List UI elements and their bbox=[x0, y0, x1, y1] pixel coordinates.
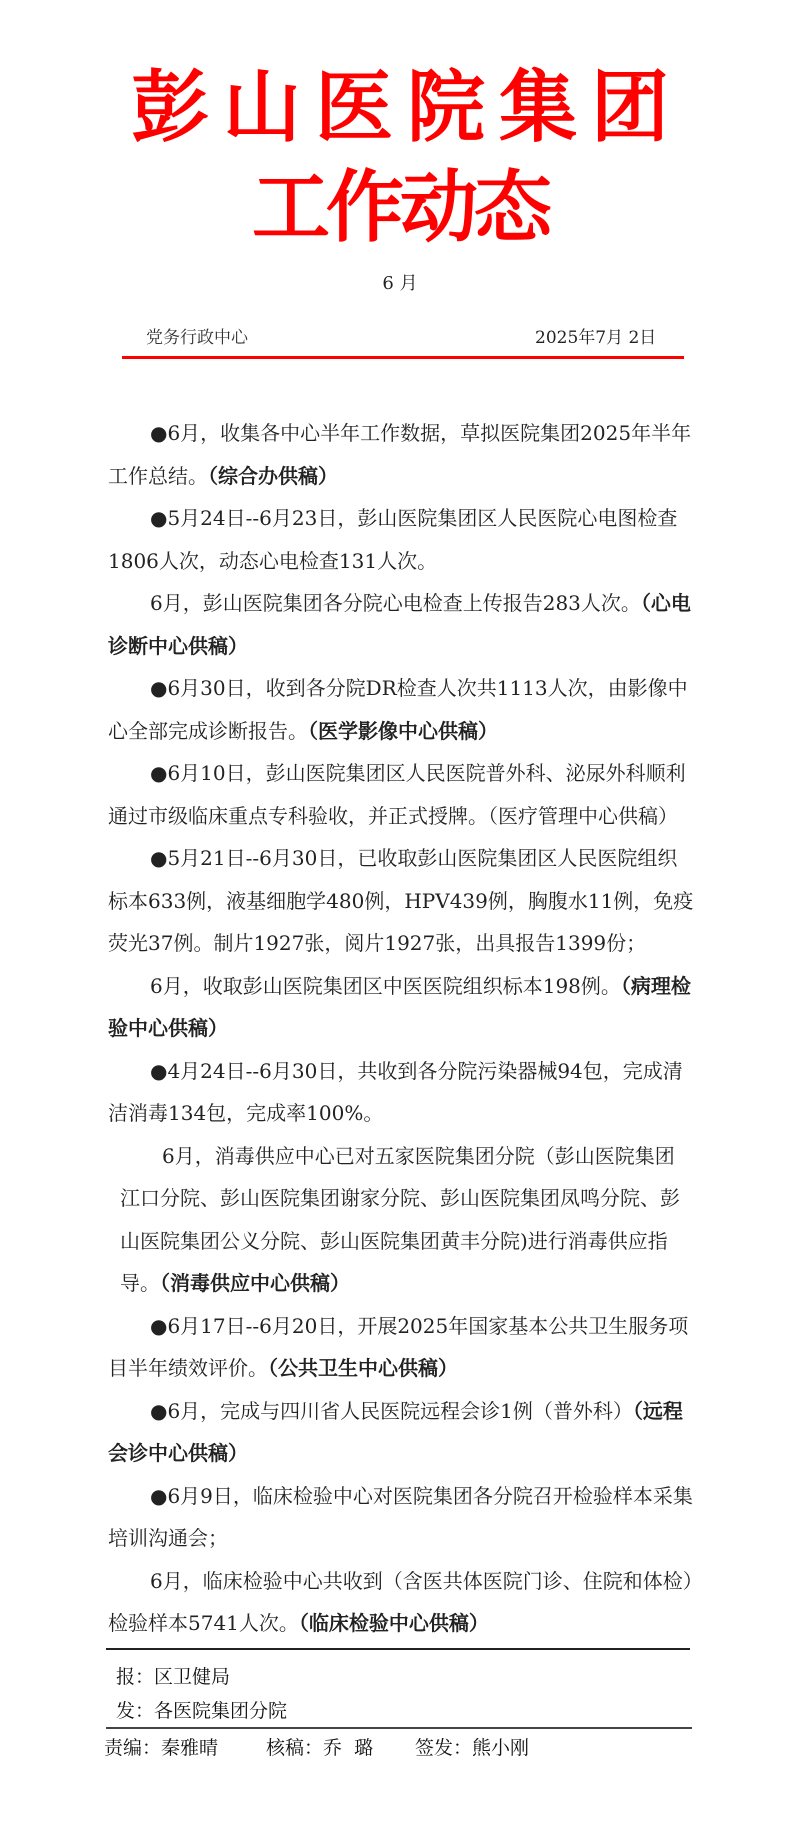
editor-credit: 责编：秦雅晴 bbox=[104, 1735, 218, 1761]
news-item-extra: 6月，彭山医院集团各分院心电检查上传报告283人次。（心电诊断中心供稿） bbox=[108, 582, 694, 667]
report-recipient: 区卫健局 bbox=[154, 1666, 230, 1688]
item-text: 6月9日，临床检验中心对医院集团各分院召开检验样本采集培训沟通会； bbox=[108, 1484, 693, 1551]
send-label: 发： bbox=[116, 1700, 154, 1722]
bullet-icon: ● bbox=[150, 846, 167, 870]
item-extra-text: 6月，收取彭山医院集团区中医医院组织标本198例。 bbox=[150, 974, 621, 998]
news-item: ●6月，完成与四川省人民医院远程会诊1例（普外科）（远程会诊中心供稿） bbox=[108, 1390, 694, 1475]
news-item-extra: 6月，收取彭山医院集团区中医医院组织标本198例。（病理检验中心供稿） bbox=[108, 965, 694, 1050]
document-subtitle: 工作动态 bbox=[0, 158, 800, 258]
item-source: （综合办供稿） bbox=[208, 464, 338, 488]
item-source: （消毒供应中心供稿） bbox=[160, 1271, 350, 1295]
header-red-divider bbox=[122, 356, 684, 359]
bullet-icon: ● bbox=[150, 1484, 167, 1508]
reviewer-credit: 核稿：乔 璐 bbox=[266, 1735, 373, 1761]
bullet-icon: ● bbox=[150, 761, 167, 785]
bullet-icon: ● bbox=[150, 1314, 167, 1338]
news-item: ●5月24日--6月23日，彭山医院集团区人民医院心电图检查1806人次，动态心… bbox=[108, 497, 694, 582]
item-text: 5月21日--6月30日，已收取彭山医院集团区人民医院组织标本633例，液基细胞… bbox=[108, 846, 693, 955]
item-source: （医疗管理中心供稿） bbox=[488, 804, 678, 828]
item-text: 6月，完成与四川省人民医院远程会诊1例（普外科） bbox=[167, 1399, 632, 1423]
item-source: （医学影像中心供稿） bbox=[308, 719, 498, 743]
bullet-icon: ● bbox=[150, 676, 167, 700]
issue-month: 6 月 bbox=[0, 272, 800, 296]
news-item-extra: 6月，消毒供应中心已对五家医院集团分院（彭山医院集团江口分院、彭山医院集团谢家分… bbox=[108, 1135, 694, 1305]
news-item: ●6月9日，临床检验中心对医院集团各分院召开检验样本采集培训沟通会； bbox=[108, 1475, 694, 1560]
bullet-icon: ● bbox=[150, 1059, 167, 1083]
signer-name: 熊小刚 bbox=[472, 1737, 529, 1759]
reviewer-name: 乔 璐 bbox=[323, 1737, 373, 1759]
item-source: （临床检验中心供稿） bbox=[299, 1611, 489, 1635]
document-title: 彭山医院集团 bbox=[0, 58, 800, 158]
send-recipient: 各医院集团分院 bbox=[154, 1700, 287, 1722]
footer-bottom-divider bbox=[106, 1727, 692, 1729]
news-item: ●6月，收集各中心半年工作数据，草拟医院集团2025年半年工作总结。（综合办供稿… bbox=[108, 412, 694, 497]
issue-date: 2025年7月 2日 bbox=[535, 326, 656, 350]
news-item: ●6月10日，彭山医院集团区人民医院普外科、泌尿外科顺利通过市级临床重点专科验收… bbox=[108, 752, 694, 837]
editor-label: 责编： bbox=[104, 1737, 161, 1759]
item-text: 4月24日--6月30日，共收到各分院污染器械94包，完成清洁消毒134包，完成… bbox=[108, 1059, 683, 1126]
news-item: ●4月24日--6月30日，共收到各分院污染器械94包，完成清洁消毒134包，完… bbox=[108, 1050, 694, 1135]
document-body: ●6月，收集各中心半年工作数据，草拟医院集团2025年半年工作总结。（综合办供稿… bbox=[108, 412, 694, 1645]
signer-credit: 签发：熊小刚 bbox=[415, 1735, 529, 1761]
news-item-extra: 6月，临床检验中心共收到（含医共体医院门诊、住院和体检）检验样本5741人次。（… bbox=[108, 1560, 694, 1645]
editor-name: 秦雅晴 bbox=[161, 1737, 218, 1759]
report-label: 报： bbox=[116, 1666, 154, 1688]
item-extra-text: 6月，彭山医院集团各分院心电检查上传报告283人次。 bbox=[150, 591, 641, 615]
bullet-icon: ● bbox=[150, 1399, 167, 1423]
reviewer-label: 核稿： bbox=[266, 1737, 323, 1759]
item-source: （公共卫生中心供稿） bbox=[268, 1356, 458, 1380]
issuing-department: 党务行政中心 bbox=[146, 326, 248, 350]
news-item: ●6月17日--6月20日，开展2025年国家基本公共卫生服务项目半年绩效评价。… bbox=[108, 1305, 694, 1390]
footer-top-divider bbox=[106, 1648, 690, 1650]
item-text: 6月，收集各中心半年工作数据，草拟医院集团2025年半年工作总结。 bbox=[108, 421, 691, 488]
news-item: ●5月21日--6月30日，已收取彭山医院集团区人民医院组织标本633例，液基细… bbox=[108, 837, 694, 965]
news-item: ●6月30日，收到各分院DR检查人次共1113人次，由影像中心全部完成诊断报告。… bbox=[108, 667, 694, 752]
send-to-line: 发：各医院集团分院 bbox=[116, 1698, 287, 1724]
signer-label: 签发： bbox=[415, 1737, 472, 1759]
report-to-line: 报：区卫健局 bbox=[116, 1664, 230, 1690]
item-text: 5月24日--6月23日，彭山医院集团区人民医院心电图检查1806人次，动态心电… bbox=[108, 506, 677, 573]
bullet-icon: ● bbox=[150, 506, 167, 530]
bullet-icon: ● bbox=[150, 421, 167, 445]
